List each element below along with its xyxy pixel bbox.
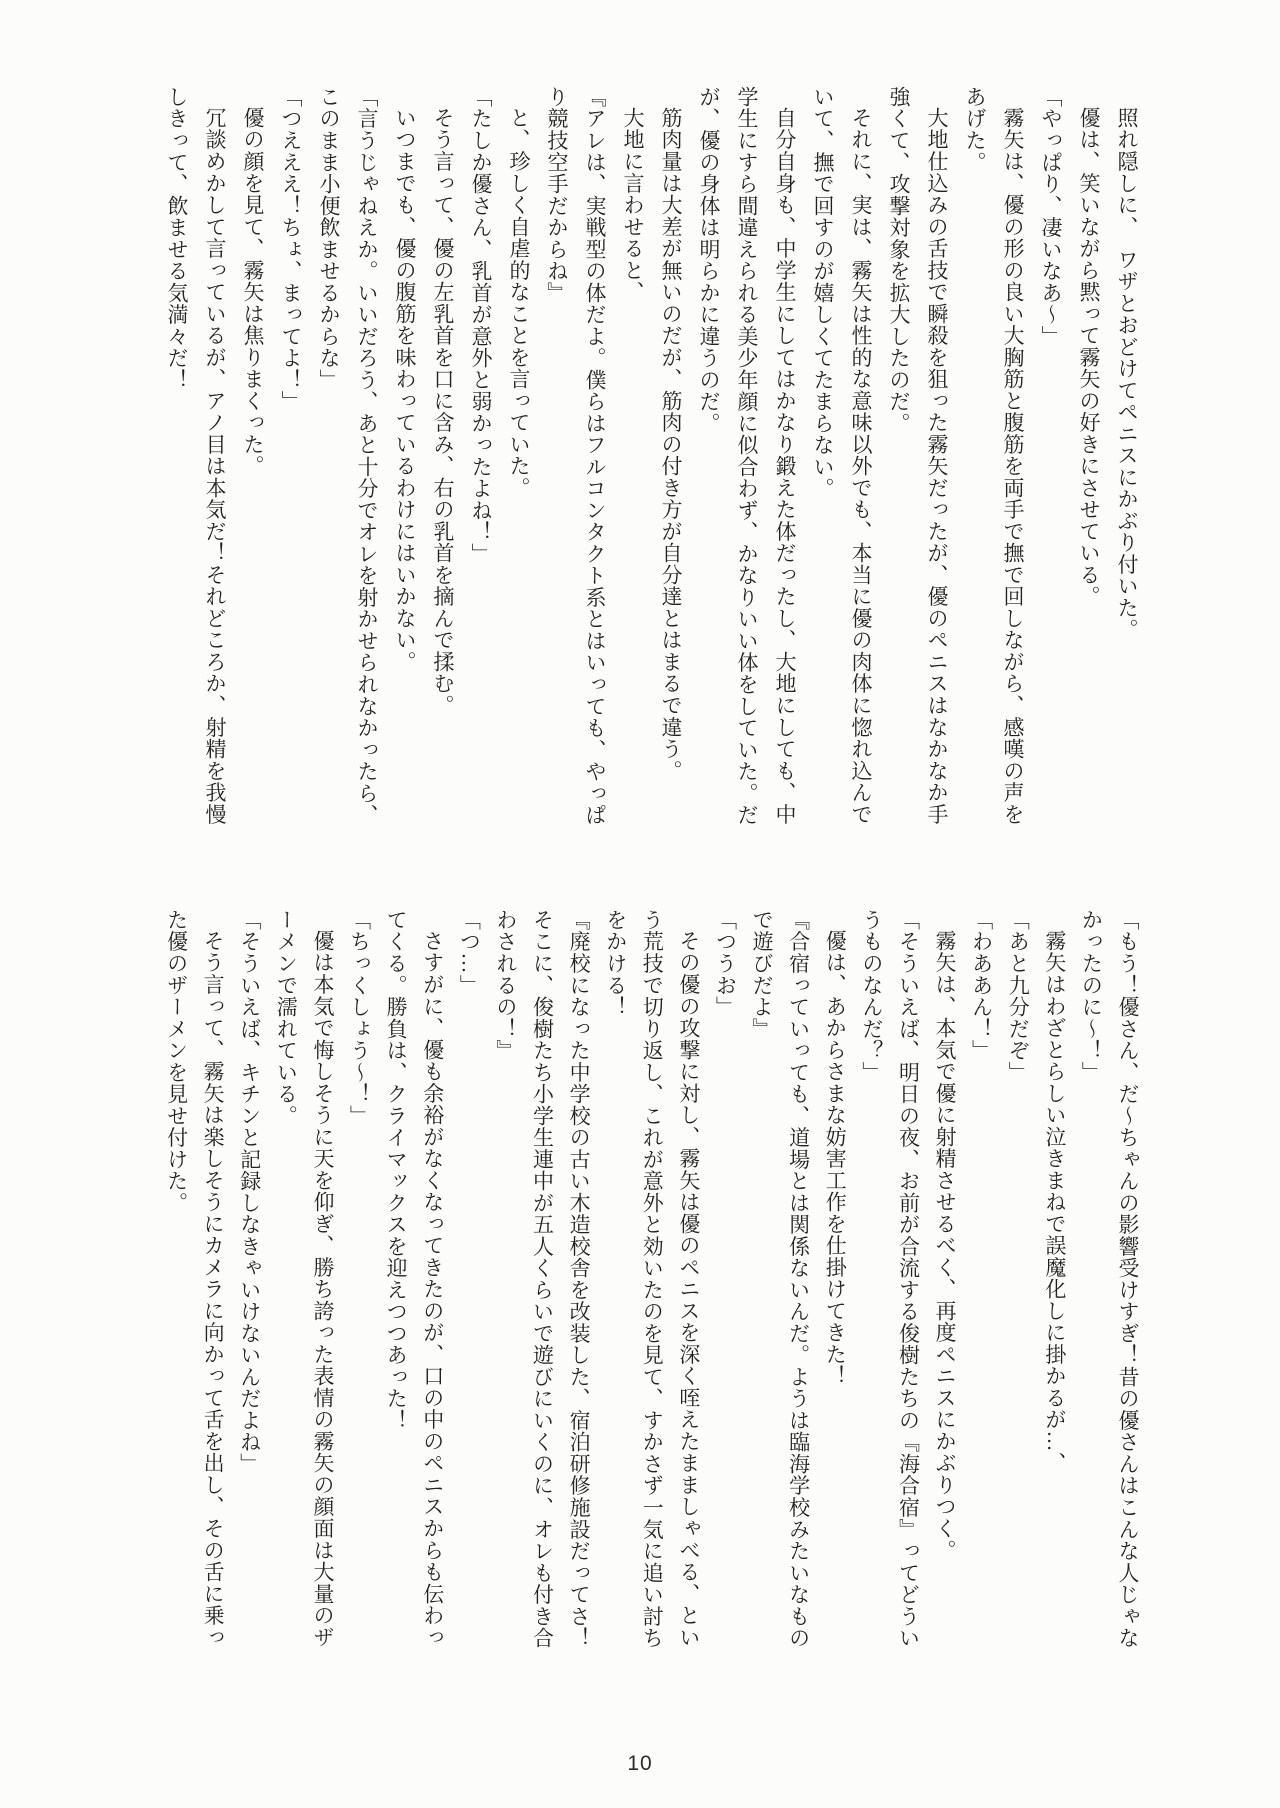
paragraph: 冗談めかして言っているが、アノ目は本気だ！それどころか、射精を我慢しきって、飲ま…: [158, 86, 234, 827]
bottom-text-block: 「もう！優さん、だ～ちゃんの影響受けすぎ！昔の優さんはこんな人じゃなかったのに～…: [154, 909, 1146, 1651]
paragraph: 「そういえば、明日の夜、お前が合流する俊樹たちの『海合宿』ってどういうものなんだ…: [853, 909, 926, 1651]
paragraph: いつまでも、優の腹筋を味わっているわけにはいかない。: [386, 86, 424, 827]
top-text-block: 照れ隠しに、 ワザとおどけてペニスにかぶり付いた。優は、笑いながら黙って霧矢の好…: [154, 86, 1146, 827]
paragraph: と、珍しく自虐的なことを言っていた。: [500, 86, 538, 827]
paragraph: 自分自身も、中学生にしてはかなり鍛えた体だったし、大地にしても、中学生にすら間違…: [690, 86, 804, 827]
paragraph: 「わああん！」: [963, 909, 1000, 1651]
paragraph: そう言って、優の左乳首を口に含み、右の乳首を摘んで揉む。: [424, 86, 462, 827]
paragraph: 「たしか優さん、乳首が意外と弱かったよね！」: [462, 86, 500, 827]
paragraph: その優の攻撃に対し、霧矢は優のペニスを深く咥えたまましゃべる、という荒技で切り返…: [597, 909, 707, 1651]
paragraph: 「つ…」: [451, 909, 488, 1651]
paragraph: 「やっぱり、凄いなあ～」: [1032, 86, 1070, 827]
paragraph: 「言うじゃねえか。いいだろう、あと十分でオレを射かせられなかったら、このまま小便…: [310, 86, 386, 827]
paragraph: それに、実は、霧矢は性的な意味以外でも、本当に優の肉体に惚れ込んでいて、撫で回す…: [804, 86, 880, 827]
paragraph: 大地に言わせると、: [614, 86, 652, 827]
paragraph: 霧矢は、優の形の良い大胸筋と腹筋を両手で撫で回しながら、感嘆の声をあげた。: [956, 86, 1032, 827]
paragraph: 「ちっくしょう～！」: [341, 909, 378, 1651]
scanned-page: 照れ隠しに、 ワザとおどけてペニスにかぶり付いた。優は、笑いながら黙って霧矢の好…: [0, 0, 1280, 1808]
paragraph: 「あと九分だぞ」: [1000, 909, 1037, 1651]
paragraph: 「もう！優さん、だ～ちゃんの影響受けすぎ！昔の優さんはこんな人じゃなかったのに～…: [1073, 909, 1146, 1651]
paragraph: 優は、笑いながら黙って霧矢の好きにさせている。: [1070, 86, 1108, 827]
paragraph: 優は本気で悔しそうに天を仰ぎ、勝ち誇った表情の霧矢の顔面は大量のザーメンで濡れて…: [268, 909, 341, 1651]
paragraph: 「つえええ！ちょ、まってよ！」: [272, 86, 310, 827]
paragraph: 筋肉量は大差が無いのだが、筋肉の付き方が自分達とはまるで違う。: [652, 86, 690, 827]
paragraph: 『廃校になった中学校の古い木造校舎を改装した、宿泊研修施設だってさ！そこに、俊樹…: [487, 909, 597, 1651]
paragraph: 『アレは、実戦型の体だよ。僕らはフルコンタクト系とはいっても、やっぱり競技空手だ…: [538, 86, 614, 827]
paragraph: 『合宿っていっても、道場とは関係ないんだ。ようは臨海学校みたいなもので遊びだよ』: [743, 909, 816, 1651]
paragraph: 「つうお」: [707, 909, 744, 1651]
paragraph: 優は、あからさまな妨害工作を仕掛けてきた！: [817, 909, 854, 1651]
paragraph: さすがに、優も余裕がなくなってきたのが、口の中のペニスからも伝わってくる。勝負は…: [378, 909, 451, 1651]
paragraph: 照れ隠しに、 ワザとおどけてペニスにかぶり付いた。: [1108, 86, 1146, 827]
paragraph: 霧矢は、本気で優に射精させるべく、再度ペニスにかぶりつく。: [926, 909, 963, 1651]
paragraph: 優の顔を見て、霧矢は焦りまくった。: [234, 86, 272, 827]
page-number: 10: [0, 1752, 1280, 1776]
paragraph: 霧矢はわざとらしい泣きまねで誤魔化しに掛かるが…、: [1036, 909, 1073, 1651]
paragraph: そう言って、霧矢は楽しそうにカメラに向かって舌を出し、その舌に乗った優のザーメン…: [158, 909, 231, 1651]
paragraph: 大地仕込みの舌技で瞬殺を狙った霧矢だったが、優のペニスはなかなか手強くて、攻撃対…: [880, 86, 956, 827]
paragraph: 「そういえば、キチンと記録しなきゃいけないんだよね」: [231, 909, 268, 1651]
